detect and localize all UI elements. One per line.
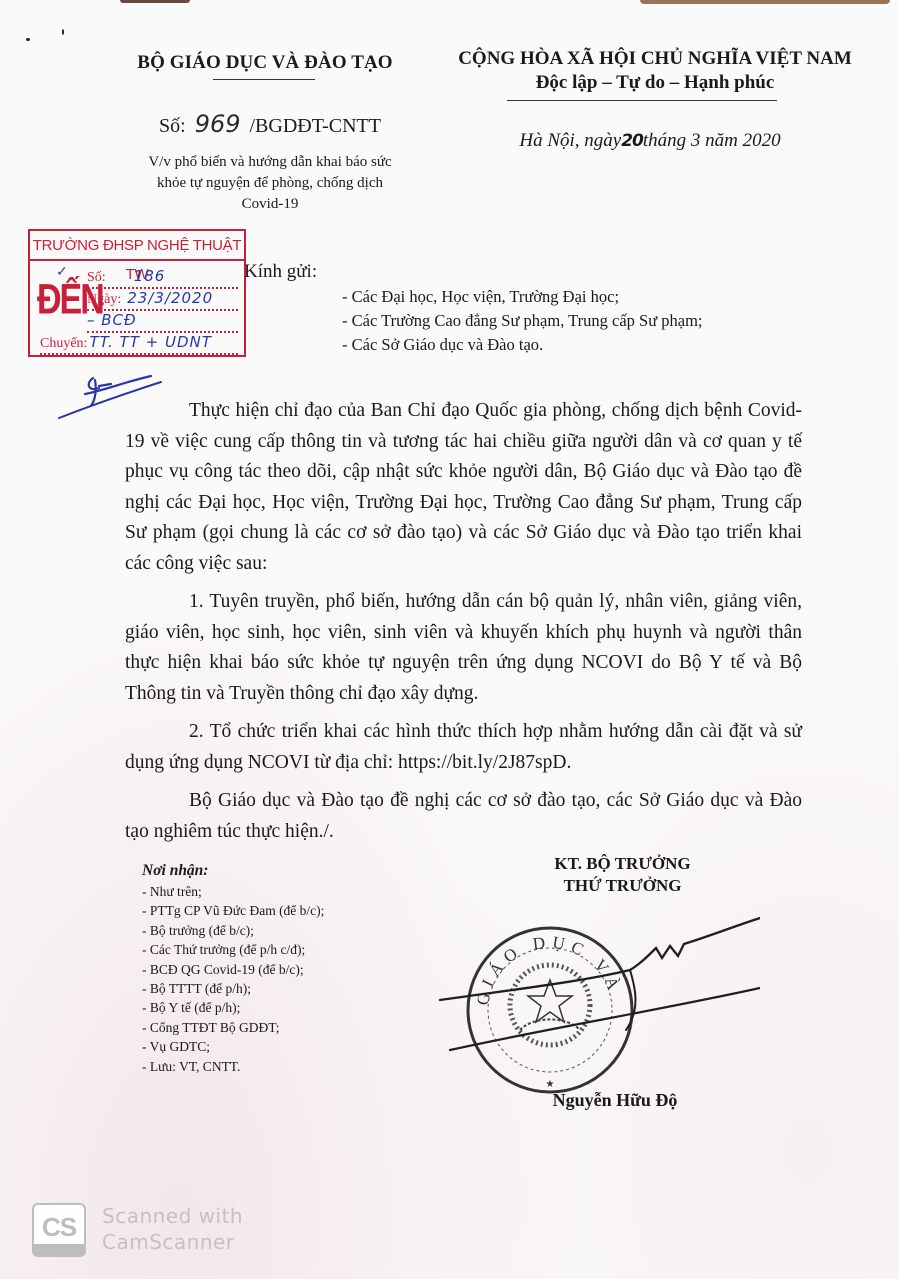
scan-edge-marks [0, 0, 899, 5]
svg-text:★: ★ [546, 1079, 555, 1090]
stamp-chuyen-value: TT. TT + UDNT [89, 333, 211, 351]
body-paragraph: Thực hiện chỉ đạo của Ban Chỉ đạo Quốc g… [125, 396, 802, 579]
date-rest: tháng 3 năm 2020 [643, 130, 781, 151]
motto-underline [507, 100, 777, 101]
stamp-row-extra: – BCĐ [87, 309, 238, 333]
distribution-item: - Bộ trưởng (để b/c); [142, 921, 324, 940]
stamp-row-so: Số:186 [87, 265, 238, 289]
body-paragraph: 1. Tuyên truyền, phổ biến, hướng dẫn cán… [125, 587, 802, 709]
stamp-ngay-label: Ngày: [87, 292, 121, 307]
distribution-item: - Lưu: VT, CNTT. [142, 1057, 324, 1076]
stamp-row-ngay: Ngày:23/3/2020 [87, 287, 238, 311]
body-paragraph: Bộ Giáo dục và Đào tạo đề nghị các cơ sở… [125, 786, 802, 847]
recipients-list: - Các Đại học, Học viện, Trường Đại học;… [342, 285, 703, 357]
distribution-item: - Bộ TTTT (để p/h); [142, 979, 324, 998]
recipient-item: - Các Trường Cao đẳng Sư phạm, Trung cấp… [342, 309, 703, 333]
distribution-item: - PTTg CP Vũ Đức Đam (để b/c); [142, 901, 324, 920]
stamp-chuyen-label: Chuyển: [40, 336, 87, 351]
stamp-row-chuyen: Chuyển:TT. TT + UDNT [40, 331, 238, 355]
camscanner-logo-icon: CS [32, 1203, 86, 1257]
svg-text:GIÁO DỤC VÀ ĐÀO: GIÁO DỤC VÀ ĐÀO [430, 900, 627, 1007]
recipient-item: - Các Sở Giáo dục và Đào tạo. [342, 333, 703, 357]
distribution-item: - Vụ GDTC; [142, 1037, 324, 1056]
stamp-so-value: 186 [134, 267, 166, 285]
signer-title: KT. BỘ TRƯỞNG THỨ TRƯỞNG [490, 853, 755, 897]
watermark-line-2: CamScanner [102, 1229, 243, 1255]
document-number-value: 969 [195, 110, 241, 138]
document-number: Số: 969 /BGDĐT-CNTT [140, 110, 400, 138]
camscanner-watermark: Scanned with CamScanner [102, 1203, 243, 1255]
document-body: Thực hiện chỉ đạo của Ban Chỉ đạo Quốc g… [125, 396, 802, 855]
distribution-item: - Như trên; [142, 882, 324, 901]
scan-speck [26, 38, 30, 41]
distribution-item: - BCĐ QG Covid-19 (để b/c); [142, 960, 324, 979]
recipient-item: - Các Đại học, Học viện, Trường Đại học; [342, 285, 703, 309]
subject-line-3: Covid-19 [125, 194, 415, 215]
stamp-ngay-value: 23/3/2020 [127, 289, 213, 307]
body-paragraph: 2. Tổ chức triển khai các hình thức thíc… [125, 717, 802, 778]
official-seal-icon: GIÁO DỤC VÀ ĐÀO ★ [430, 900, 760, 1110]
stamp-extra-value: – BCĐ [87, 311, 137, 329]
incoming-document-stamp: TRƯỜNG ĐHSP NGHỆ THUẬT TW ✓ ĐẾN Số:186 N… [28, 229, 246, 357]
signer-title-line-2: THỨ TRƯỞNG [490, 875, 755, 897]
distribution-title: Nơi nhận: [142, 862, 208, 880]
distribution-list: - Như trên; - PTTg CP Vũ Đức Đam (để b/c… [142, 882, 324, 1076]
national-title: CỘNG HÒA XÃ HỘI CHỦ NGHĨA VIỆT NAM [425, 48, 885, 70]
subject-line: V/v phổ biến và hướng dẫn khai báo sức k… [125, 152, 415, 215]
document-number-prefix: Số: [159, 115, 186, 137]
ministry-underline [213, 79, 315, 80]
issue-date: Hà Nội, ngày20tháng 3 năm 2020 [440, 130, 860, 152]
distribution-item: - Các Thứ trưởng (để p/h c/đ); [142, 940, 324, 959]
stamp-institution: TRƯỜNG ĐHSP NGHỆ THUẬT TW [30, 231, 244, 261]
document-number-suffix: /BGDĐT-CNTT [250, 115, 381, 137]
subject-line-1: V/v phổ biến và hướng dẫn khai báo sức [125, 152, 415, 173]
date-day: 20 [621, 131, 643, 151]
signer-title-line-1: KT. BỘ TRƯỞNG [490, 853, 755, 875]
scan-speck [62, 29, 64, 35]
stamp-so-label: Số: [87, 270, 106, 285]
signer-name: Nguyễn Hữu Độ [520, 1090, 710, 1111]
national-motto: Độc lập – Tự do – Hạnh phúc [425, 72, 885, 94]
distribution-item: - Cổng TTĐT Bộ GDĐT; [142, 1018, 324, 1037]
recipients-label: Kính gửi: [244, 261, 317, 283]
distribution-item: - Bộ Y tế (để p/h); [142, 998, 324, 1017]
ministry-name: BỘ GIÁO DỤC VÀ ĐÀO TẠO [120, 52, 410, 74]
date-prefix: Hà Nội, ngày [519, 130, 621, 151]
watermark-line-1: Scanned with [102, 1203, 243, 1229]
subject-line-2: khỏe tự nguyện để phòng, chống dịch [125, 173, 415, 194]
